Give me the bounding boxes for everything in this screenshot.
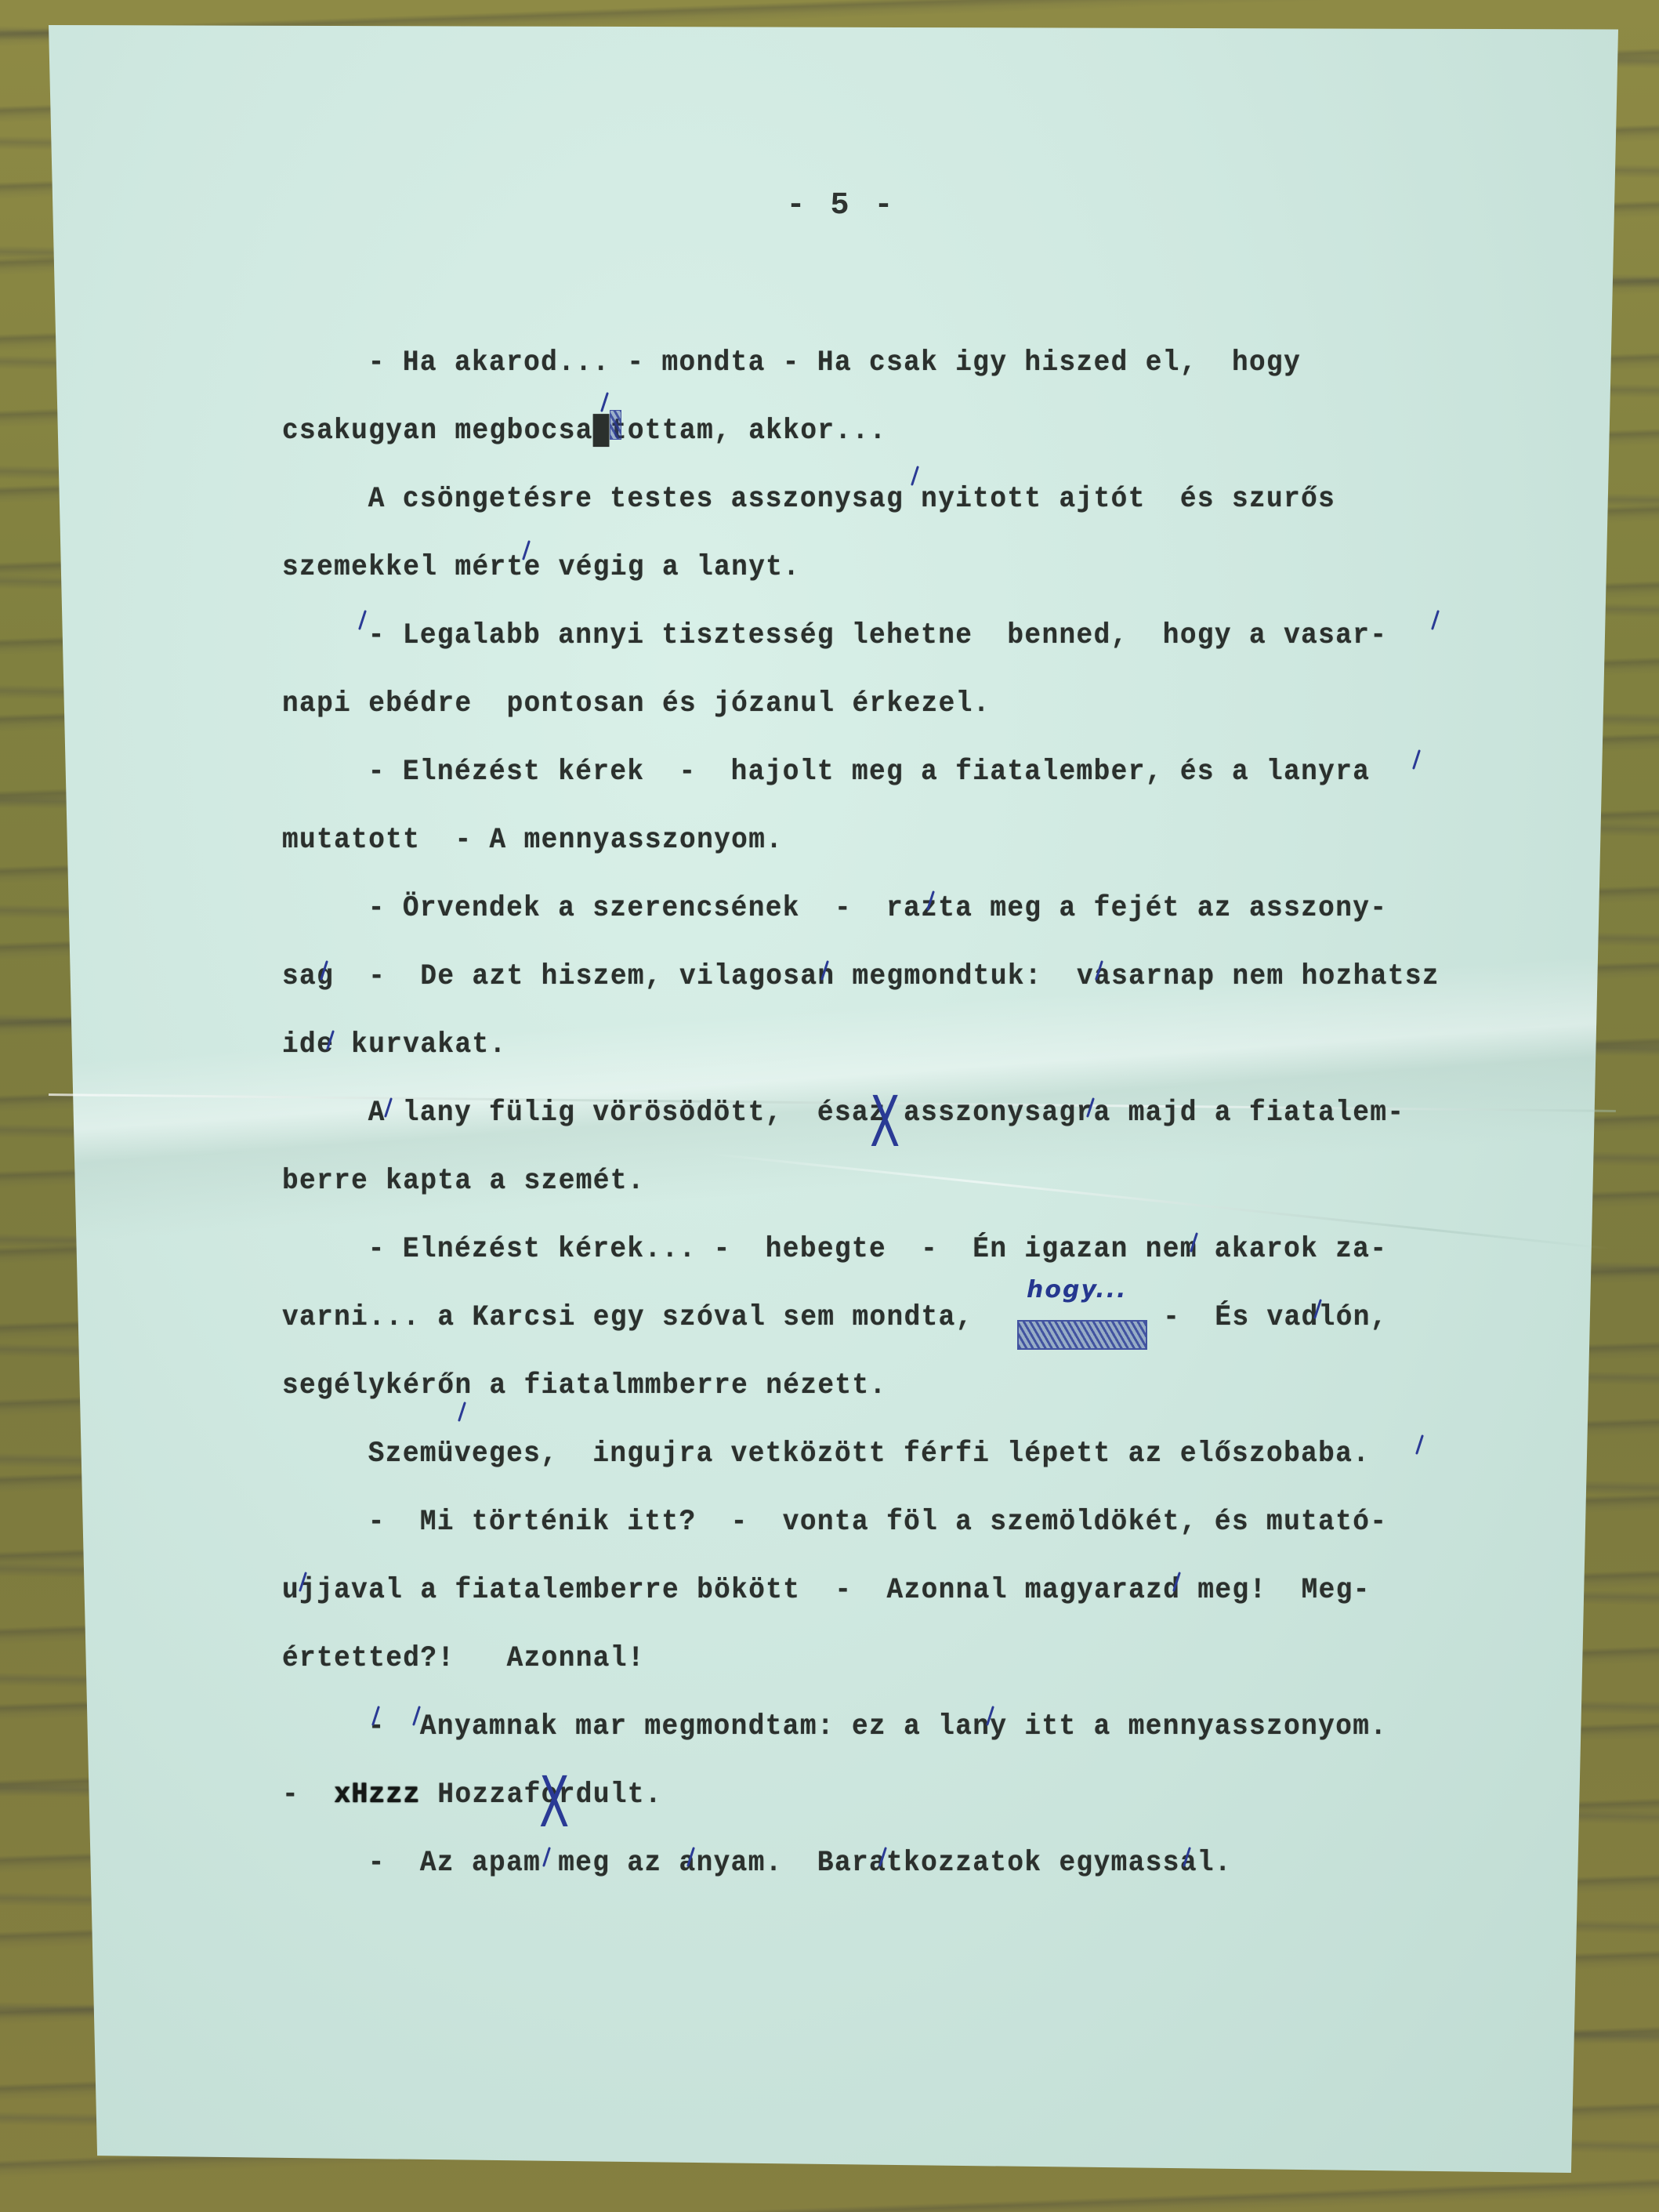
text-line: Szemüveges, ingujra vetközött férfi lépe… — [282, 1420, 1463, 1489]
text-line: - Az apam meg az anyam. Baratkozzatok eg… — [282, 1829, 1463, 1898]
text-line: - Ha akarod... - mondta - Ha csak igy hi… — [282, 329, 1463, 397]
struck-out-text — [1017, 1320, 1147, 1350]
handwritten-insertion: hogy... — [1027, 1276, 1127, 1304]
text-line: A csöngetésre testes asszonysag nyitott … — [282, 466, 1463, 534]
text-line: mutatott - A mennyasszonyom. — [282, 807, 1463, 875]
text-line: értetted?! Azonnal! — [282, 1625, 1463, 1693]
text-line: - Elnézést kérek... - hebegte - Én igaza… — [282, 1216, 1463, 1284]
text-line: napi ebédre pontosan és józanul érkezel. — [282, 670, 1463, 738]
text-line: - Elnézést kérek - hajolt meg a fiatalem… — [282, 738, 1463, 807]
text-line: - Mi történik itt? - vonta föl a szemöld… — [282, 1489, 1463, 1557]
text-line: - xHzzz Hozzafordult. — [282, 1761, 1463, 1829]
text-line: varni... a Karcsi egy szóval sem mondta,… — [282, 1284, 1463, 1352]
text-line: - Legalabb annyi tisztesség lehetne benn… — [282, 602, 1463, 670]
ink-blot — [610, 410, 621, 440]
text-line: - Örvendek a szerencsének - razta meg a … — [282, 875, 1463, 943]
typed-strikeout: xHzzz — [334, 1779, 420, 1811]
insert-space-mark: Χ — [539, 1763, 569, 1844]
text-line: csakugyan megbocsa█tottam, akkor... — [282, 397, 1463, 466]
typed-text-body: - Ha akarod... - mondta - Ha csak igy hi… — [282, 329, 1552, 1898]
text-line: szemekkel mérte végig a lanyt. — [282, 534, 1463, 602]
page-number: - 5 - — [0, 188, 1659, 223]
text-line: sag - De azt hiszem, vilagosan megmondtu… — [282, 943, 1463, 1011]
text-line: ide kurvakat. — [282, 1011, 1463, 1079]
insert-space-mark: Χ — [870, 1082, 900, 1164]
text-line: - Anyamnak mar megmondtam: ez a lany itt… — [282, 1693, 1463, 1761]
text-line: segélykérőn a fiatalmmberre nézett. — [282, 1352, 1463, 1420]
text-line: ujjaval a fiatalemberre bökött - Azonnal… — [282, 1557, 1463, 1625]
